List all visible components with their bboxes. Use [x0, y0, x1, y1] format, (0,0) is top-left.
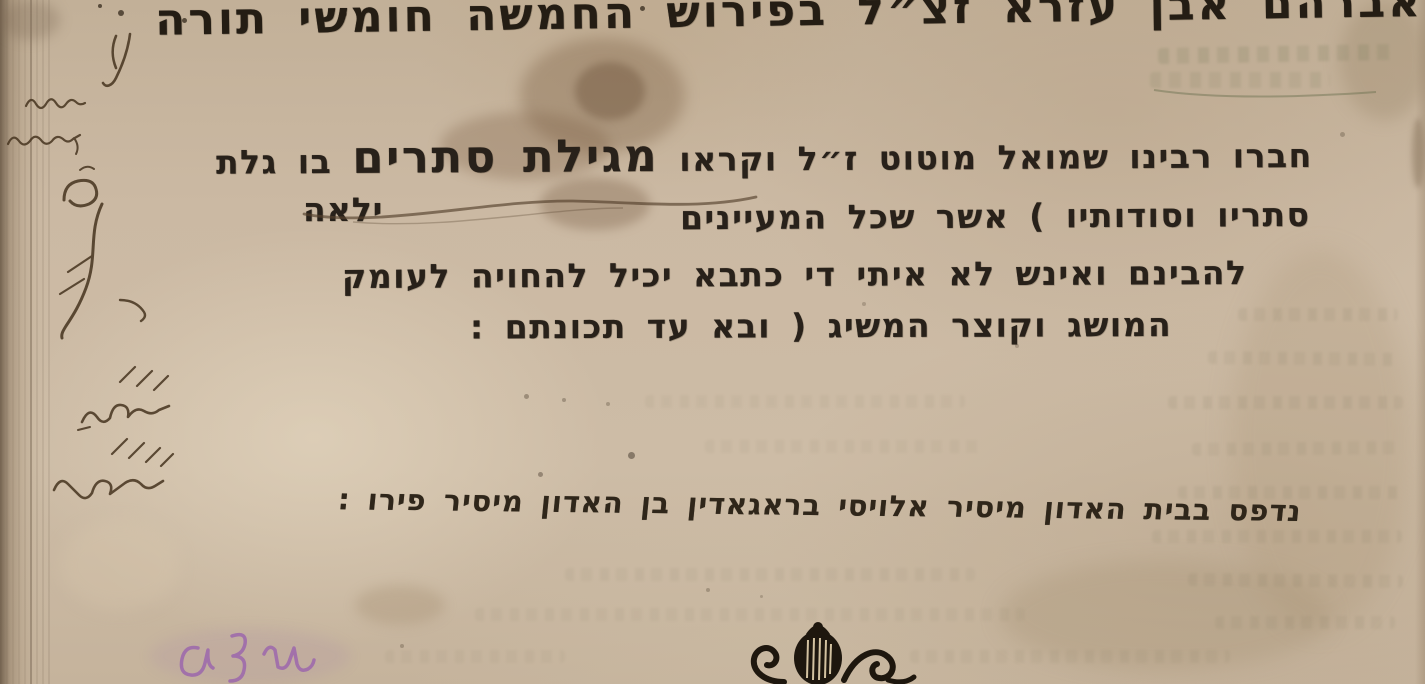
colophon-line-1-end: בו גלת — [216, 142, 332, 182]
ink-speck — [98, 4, 102, 8]
ink-bleedthrough — [705, 440, 985, 453]
ink-bleedthrough-underline — [1150, 86, 1380, 100]
stain — [1230, 250, 1410, 630]
long-pen-flourish-icon — [60, 204, 102, 338]
close-paren: ) — [791, 306, 808, 345]
ink-bleedthrough — [1238, 308, 1398, 321]
ink-speck — [1340, 132, 1345, 137]
purple-ink-mark — [158, 626, 348, 684]
ink-speck — [538, 472, 543, 477]
stain — [575, 62, 645, 120]
ink-bleedthrough — [645, 395, 965, 408]
colophon-line-1: חברו רבינו שמואל מוטוט ז״ל וקראו מגילת ס… — [216, 126, 1313, 184]
ink-speck — [562, 398, 566, 402]
ink-speck — [606, 402, 610, 406]
ink-speck — [1015, 344, 1019, 348]
page-edge-right — [1415, 0, 1425, 684]
ink-bleedthrough — [1188, 573, 1403, 588]
ink-bleedthrough — [1168, 396, 1403, 409]
ink-speck — [628, 452, 635, 459]
colophon-line-2-a: סתריו וסודותיו — [1066, 195, 1311, 235]
colophon-line-4: המושג וקוצר המשיג ) ובא עד תכונתם : — [470, 306, 1172, 346]
colophon-line-1-pre: חברו רבינו שמואל מוטוט ז״ל וקראו — [679, 136, 1313, 179]
ink-speck — [400, 644, 404, 648]
book-title-words: מגילת סתרים — [352, 129, 659, 184]
ink-bleedthrough — [1215, 616, 1395, 629]
title-line: אברהם אבן עזרא זצ״ל בפירוש החמשה חומשי ת… — [155, 0, 1424, 46]
cursive-word-2-icon — [8, 135, 80, 154]
colophon-line-3: להבינם ואינש לא איתי די כתבא יכיל להחויה… — [342, 254, 1248, 296]
book-page-scan: אברהם אבן עזרא זצ״ל בפירוש החמשה חומשי ת… — [0, 0, 1425, 684]
cursive-word-3-icon — [78, 367, 169, 430]
marginalia-handwriting — [0, 30, 200, 570]
printer-fleuron-icon — [738, 620, 953, 684]
ink-bleedthrough — [1158, 44, 1393, 64]
ink-speck — [118, 10, 124, 16]
ink-bleedthrough — [1152, 530, 1402, 543]
imprint-line: נדפס בבית האדון מיסיר אלויסי בראגאדין בן… — [337, 482, 1304, 528]
stain — [355, 585, 445, 625]
stain — [1000, 560, 1330, 670]
ink-speck — [760, 595, 763, 598]
cursive-word-1-icon — [26, 99, 85, 108]
ink-bleedthrough — [385, 650, 565, 663]
ink-bleedthrough — [1192, 441, 1397, 456]
open-paren: ( — [1030, 196, 1047, 235]
colophon-line-4-b: ובא עד תכונתם : — [470, 306, 771, 346]
pen-flourish-top-icon — [103, 34, 130, 86]
colophon-line-2: סתריו וסודותיו ( אשר שכל המעיינים — [680, 196, 1311, 237]
ink-speck — [524, 394, 529, 399]
cursive-letter-group-icon — [64, 167, 97, 206]
ink-bleedthrough — [1208, 351, 1398, 366]
ink-bleedthrough — [565, 568, 975, 581]
ink-speck — [706, 588, 710, 592]
pen-smear-stroke — [298, 186, 763, 234]
ink-bleedthrough — [910, 650, 1230, 663]
cursive-word-4-icon — [54, 439, 173, 498]
small-hook-mark-icon — [120, 300, 145, 321]
colophon-line-4-a: המושג וקוצר המשיג — [827, 305, 1172, 345]
